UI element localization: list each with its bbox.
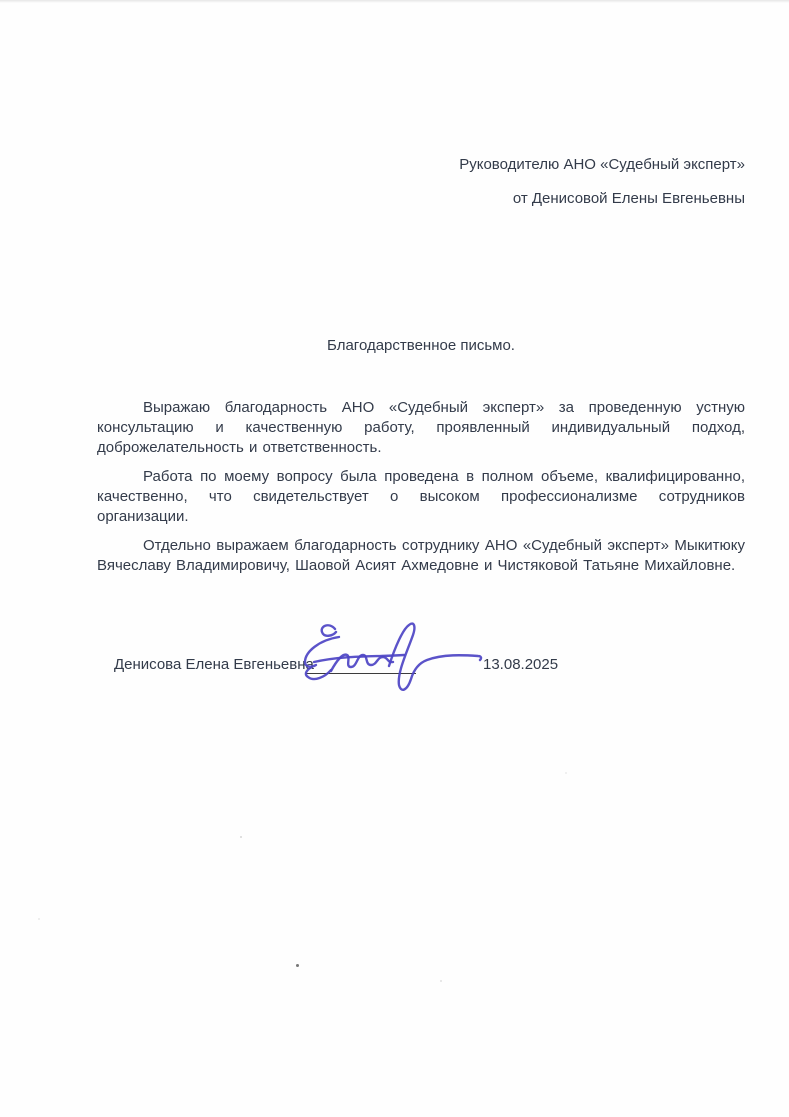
paragraph-1: Выражаю благодарность АНО «Судебный эксп… bbox=[97, 398, 745, 458]
handwritten-signature bbox=[285, 605, 485, 700]
scan-speck bbox=[565, 772, 567, 774]
scan-speck bbox=[440, 980, 442, 982]
scan-edge-shadow bbox=[0, 0, 789, 3]
signature-stroke-tail bbox=[389, 624, 481, 690]
scan-speck bbox=[296, 964, 299, 967]
paragraph-3: Отдельно выражаем благодарность сотрудни… bbox=[97, 536, 745, 576]
letter-date: 13.08.2025 bbox=[483, 655, 558, 675]
paragraph-2: Работа по моему вопросу была проведена в… bbox=[97, 467, 745, 527]
letter-title: Благодарственное письмо. bbox=[97, 336, 745, 356]
scan-speck bbox=[38, 918, 40, 920]
scan-speck bbox=[240, 836, 242, 838]
signer-name: Денисова Елена Евгеньевна bbox=[114, 655, 314, 675]
letter-header: Руководителю АНО «Судебный эксперт» от Д… bbox=[459, 148, 745, 216]
recipient-line: Руководителю АНО «Судебный эксперт» bbox=[459, 148, 745, 182]
letter-body: Выражаю благодарность АНО «Судебный эксп… bbox=[97, 398, 745, 585]
sender-line: от Денисовой Елены Евгеньевны bbox=[459, 182, 745, 216]
letter-page: Руководителю АНО «Судебный эксперт» от Д… bbox=[0, 0, 789, 1117]
signature-stroke-curl bbox=[322, 625, 336, 635]
